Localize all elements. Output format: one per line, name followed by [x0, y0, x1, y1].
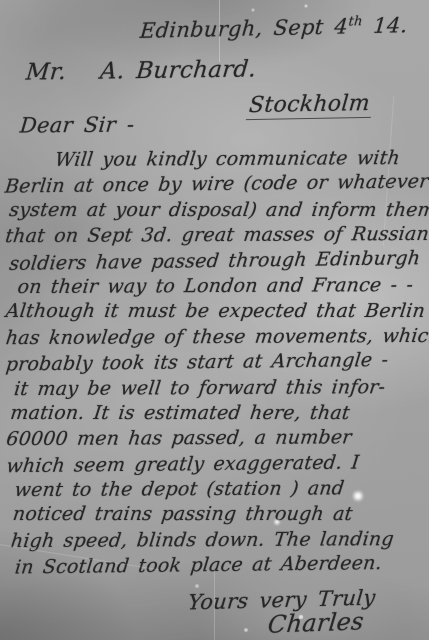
letter-line: has knowledge of these movements, which [2, 324, 429, 352]
letter-line: Berlin at once by wire (code or whatever [1, 170, 429, 201]
recipient-prefix: Mr. [25, 59, 68, 86]
letter-line: system at your disposal) and inform them [2, 198, 429, 223]
letter-line: in Scotland took place at Aberdeen. [3, 551, 429, 582]
letter-line: probably took its start at Archangle - [2, 348, 429, 379]
salutation: Dear Sir - [19, 112, 136, 137]
letter-photograph: Edinburgh, Sept 4th 14. Mr.A. Burchard. … [0, 0, 429, 640]
letter-line: which seem greatly exaggerated. I [3, 449, 429, 479]
recipient-name: A. Burchard. [99, 56, 257, 84]
letter-body: Will you kindly communicate with Berlin … [3, 146, 429, 580]
letter-line: it may be well to forward this infor- [3, 374, 429, 402]
recipient-city: Stockholm [246, 91, 373, 120]
letter-line: 60000 men has passed, a number [3, 425, 429, 453]
letter-line: that on Sept 3d. great masses of Russian [2, 222, 429, 250]
recipient-line: Mr.A. Burchard. [25, 56, 258, 85]
letter-line: Although it must be expected that Berlin [2, 299, 429, 324]
letter-line: mation. It is estimated here, that [3, 401, 429, 426]
dust-specks [0, 0, 2, 2]
letter-line: noticed trains passing through at [3, 502, 429, 527]
letter-line: went to the depot (station ) and [3, 476, 429, 504]
dateline: Edinburgh, Sept 4th 14. [139, 13, 409, 43]
dateline-year: 14. [361, 13, 408, 38]
signature: Charles [267, 607, 366, 638]
letter-line: on their way to London and France - - [2, 273, 429, 301]
dateline-place-date: Edinburgh, Sept 4 [139, 14, 349, 42]
